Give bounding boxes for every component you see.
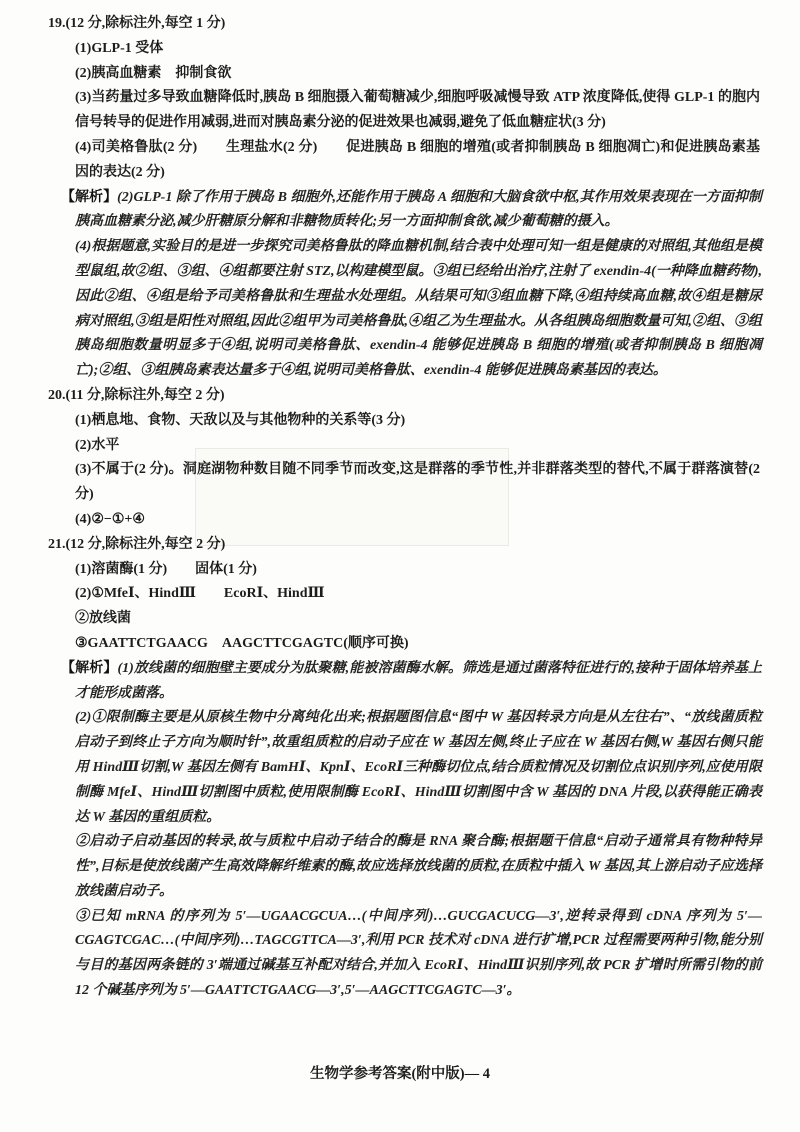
page-content: 19.(12 分,除标注外,每空 1 分) (1)GLP-1 受体 (2)胰高血… [0,12,800,1004]
analysis-block-21: 【解析】(1)放线菌的细胞壁主要成分为肽聚糖,能被溶菌酶水解。筛选是通过菌落特征… [0,657,800,1004]
answer-paragraph: (2)①MfeⅠ、HindⅢ EcoRⅠ、HindⅢ [75,582,760,607]
answer-paragraph: (2)胰高血糖素 抑制食欲 [75,62,760,87]
question-19: 19.(12 分,除标注外,每空 1 分) (1)GLP-1 受体 (2)胰高血… [0,12,800,384]
answer-paragraph: (1)GLP-1 受体 [75,37,760,62]
analysis-paragraph: ②启动子启动基因的转录,故与质粒中启动子结合的酶是 RNA 聚合酶;根据题干信息… [75,830,762,904]
analysis-label: 【解析】 [61,190,117,205]
answer-paragraph: (3)当药量过多导致血糖降低时,胰岛 B 细胞摄入葡萄糖减少,细胞呼吸减慢导致 … [75,86,760,136]
analysis-paragraph: 【解析】(2)GLP-1 除了作用于胰岛 B 细胞外,还能作用于胰岛 A 细胞和… [75,186,762,236]
question-21-header: 21.(12 分,除标注外,每空 2 分) [48,533,762,558]
analysis-paragraph: (2)①限制酶主要是从原核生物中分离纯化出来;根据题图信息“图中 W 基因转录方… [75,706,762,830]
page-footer: 生物学参考答案(附中版)— 4 [0,1062,800,1087]
answer-key-page: 19.(12 分,除标注外,每空 1 分) (1)GLP-1 受体 (2)胰高血… [0,0,800,1132]
analysis-paragraph: (4)根据题意,实验目的是进一步探究司美格鲁肽的降血糖机制,结合表中处理可知一组… [75,235,762,384]
question-20: 20.(11 分,除标注外,每空 2 分) (1)栖息地、食物、天敌以及与其他物… [0,384,800,533]
question-19-header: 19.(12 分,除标注外,每空 1 分) [48,12,762,37]
answer-paragraph: (4)司美格鲁肽(2 分) 生理盐水(2 分) 促进胰岛 B 细胞的增殖(或者抑… [75,136,760,186]
analysis-paragraph: ③已知 mRNA 的序列为 5′—UGAACGCUA…(中间序列)…GUCGAC… [75,905,762,1004]
answer-paragraph: (1)栖息地、食物、天敌以及与其他物种的关系等(3 分) [75,409,760,434]
answer-paragraph: (4)②−①+④ [75,508,760,533]
analysis-text: (1)放线菌的细胞壁主要成分为肽聚糖,能被溶菌酶水解。筛选是通过菌落特征进行的,… [75,661,762,701]
analysis-block-19: 【解析】(2)GLP-1 除了作用于胰岛 B 细胞外,还能作用于胰岛 A 细胞和… [0,186,800,384]
analysis-paragraph: 【解析】(1)放线菌的细胞壁主要成分为肽聚糖,能被溶菌酶水解。筛选是通过菌落特征… [75,657,762,707]
question-20-header: 20.(11 分,除标注外,每空 2 分) [48,384,762,409]
answer-paragraph: (2)水平 [75,434,760,459]
answer-paragraph: ②放线菌 [75,607,760,632]
answer-paragraph: ③GAATTCTGAACG AAGCTTCGAGTC(顺序可换) [75,632,760,657]
answer-paragraph: (3)不属于(2 分)。洞庭湖物种数目随不同季节而改变,这是群落的季节性,并非群… [75,458,760,508]
analysis-label: 【解析】 [61,661,117,676]
answer-paragraph: (1)溶菌酶(1 分) 固体(1 分) [75,558,760,583]
analysis-text: (2)GLP-1 除了作用于胰岛 B 细胞外,还能作用于胰岛 A 细胞和大脑食欲… [75,190,762,230]
question-21: 21.(12 分,除标注外,每空 2 分) (1)溶菌酶(1 分) 固体(1 分… [0,533,800,1004]
